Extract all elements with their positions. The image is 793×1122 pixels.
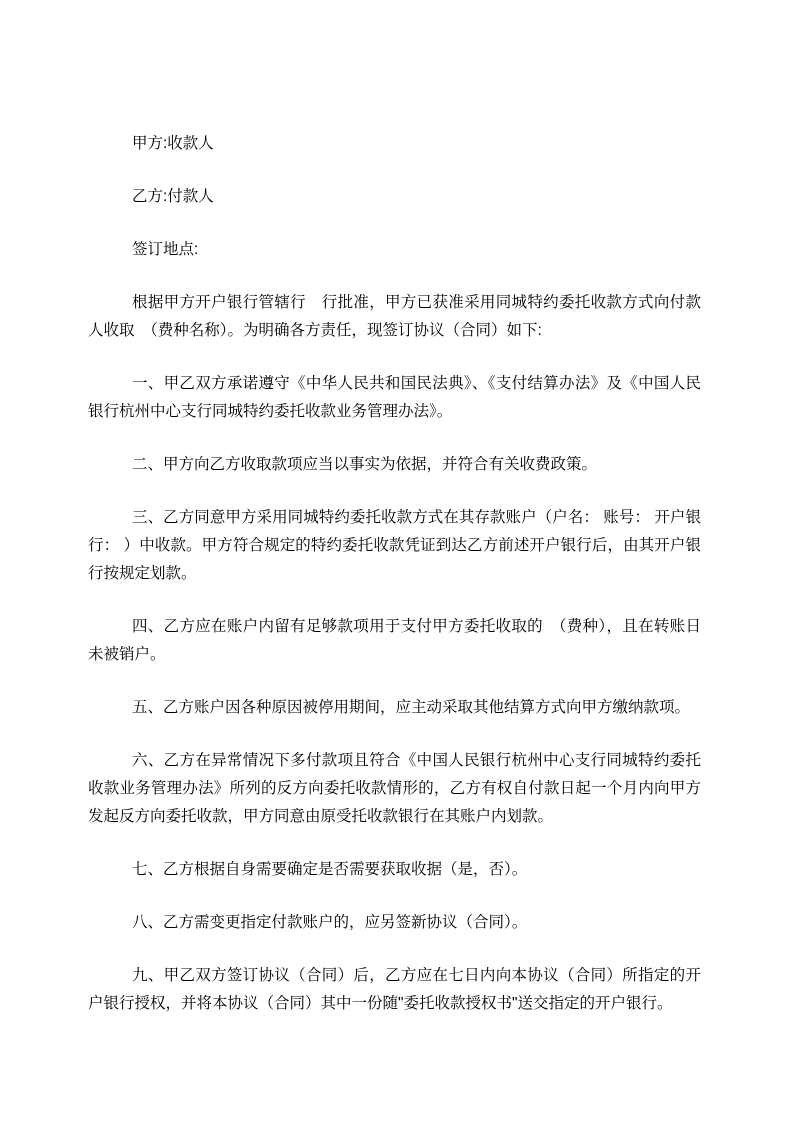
clause-2: 二、甲方向乙方收取款项应当以事实为依据，并符合有关收费政策。 bbox=[88, 451, 701, 479]
clause-8: 八、乙方需变更指定付款账户的，应另签新协议（合同）。 bbox=[88, 909, 701, 937]
clause-7: 七、乙方根据自身需要确定是否需要获取收据（是，否）。 bbox=[88, 856, 701, 884]
clause-6: 六、乙方在异常情况下多付款项且符合《中国人民银行杭州中心支行同城特约委托收款业务… bbox=[88, 747, 701, 831]
clause-1: 一、甲乙双方承诺遵守《中华人民共和国民法典》、《支付结算办法》及《中国人民银行杭… bbox=[88, 370, 701, 426]
paragraph-preamble: 根据甲方开户银行管辖行 行批准，甲方已获准采用同城特约委托收款方式向付款人收取 … bbox=[88, 289, 701, 345]
paragraph-party-a: 甲方:收款人 bbox=[88, 130, 701, 158]
paragraph-party-b: 乙方:付款人 bbox=[88, 183, 701, 211]
clause-3: 三、乙方同意甲方采用同城特约委托收款方式在其存款账户（户名： 账号： 开户银行：… bbox=[88, 504, 701, 588]
clause-4: 四、乙方应在账户内留有足够款项用于支付甲方委托收取的 （费种），且在转账日未被销… bbox=[88, 613, 701, 669]
clause-5: 五、乙方账户因各种原因被停用期间，应主动采取其他结算方式向甲方缴纳款项。 bbox=[88, 694, 701, 722]
clause-9: 九、甲乙双方签订协议（合同）后，乙方应在七日内向本协议（合同）所指定的开户银行授… bbox=[88, 962, 701, 1018]
paragraph-signing-place: 签订地点: bbox=[88, 236, 701, 264]
document-page: 甲方:收款人 乙方:付款人 签订地点: 根据甲方开户银行管辖行 行批准，甲方已获… bbox=[0, 0, 793, 1122]
